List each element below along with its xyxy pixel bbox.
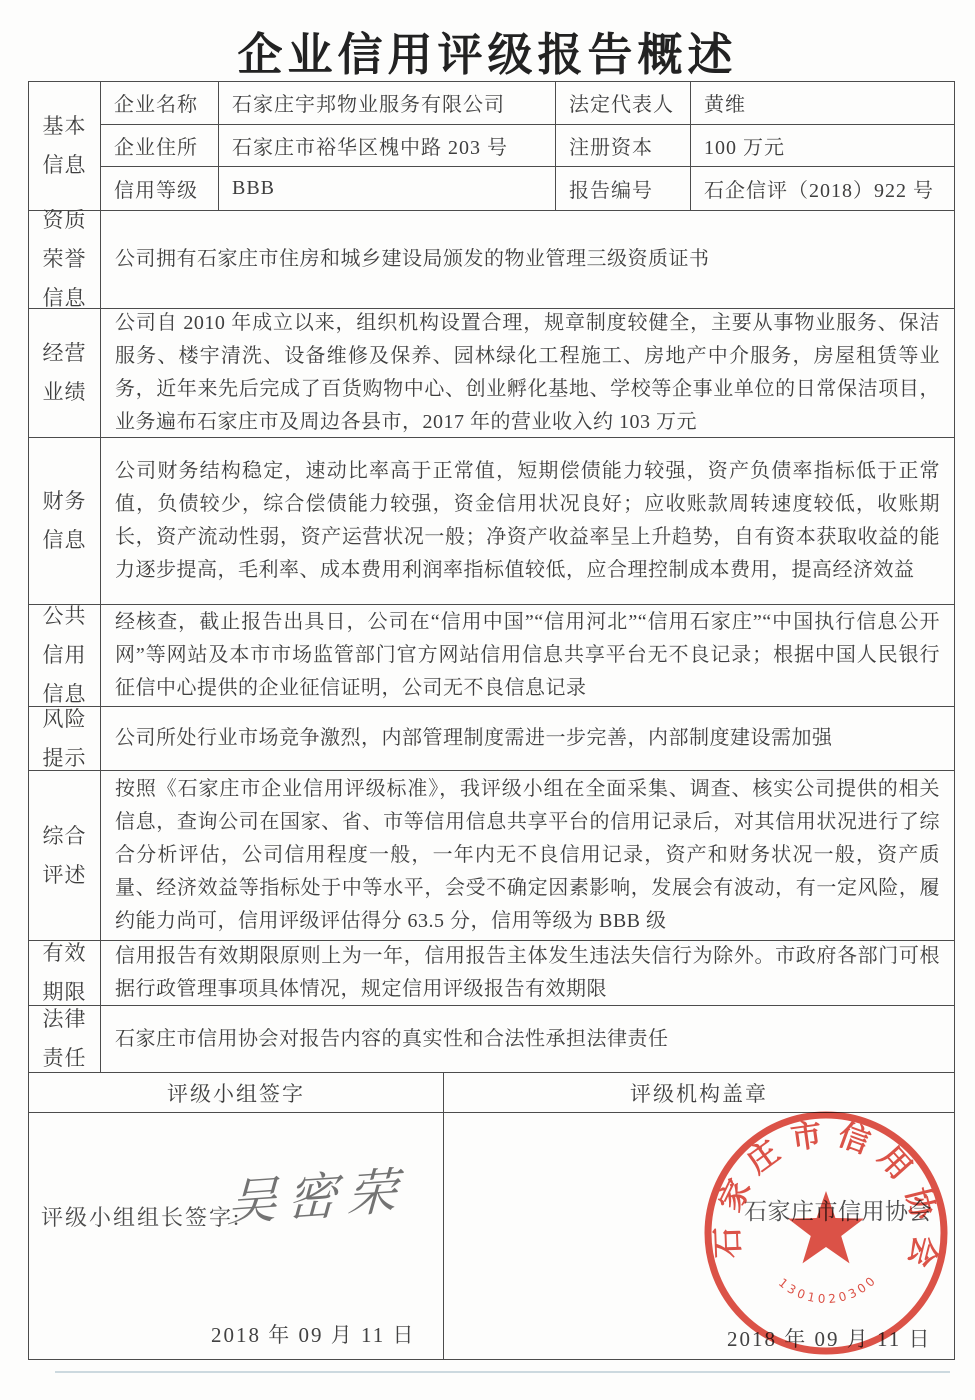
section-validity-period: 有效期限 信用报告有效期限原则上为一年，信用报告主体发生违法失信行为除外。市政府… <box>29 941 954 1006</box>
field-label-company-name: 企业名称 <box>101 82 219 124</box>
signature-label: 评级小组组长签字: <box>41 1201 241 1232</box>
field-label-address: 企业住所 <box>101 125 219 167</box>
section-comprehensive-review: 综合评述 按照《石家庄市企业信用评级标准》，我评级小组在全面采集、调查、核实公司… <box>29 771 954 941</box>
handwritten-signature: 吴密荣 <box>226 1151 408 1236</box>
field-value-registered-capital: 100 万元 <box>691 125 954 167</box>
section-content: 公司所处行业市场竞争激烈，内部管理制度需进一步完善，内部制度建设需加强 <box>115 722 833 755</box>
section-label: 财务信息 <box>29 438 101 604</box>
report-table: 基本信息 企业名称 石家庄宇邦物业服务有限公司 法定代表人 黄维 企业住所 石家… <box>28 81 955 1360</box>
section-label: 经营业绩 <box>29 309 101 437</box>
section-label-basic-info: 基本信息 <box>29 82 101 210</box>
section-label: 综合评述 <box>29 771 101 940</box>
section-label: 有效期限 <box>29 941 101 1005</box>
field-value-credit-grade: BBB <box>219 167 556 210</box>
field-label-registered-capital: 注册资本 <box>556 125 691 167</box>
basic-info-grid: 企业名称 石家庄宇邦物业服务有限公司 法定代表人 黄维 企业住所 石家庄市裕华区… <box>101 82 954 210</box>
footer-body-row: 评级小组组长签字: 吴密荣 2018 年 09 月 11 日 石家庄市信用协会 … <box>29 1113 954 1359</box>
basic-info-section: 基本信息 企业名称 石家庄宇邦物业服务有限公司 法定代表人 黄维 企业住所 石家… <box>29 82 954 211</box>
field-label-credit-grade: 信用等级 <box>101 167 219 210</box>
star-icon <box>788 1191 864 1263</box>
section-legal-liability: 法律责任 石家庄市信用协会对报告内容的真实性和合法性承担法律责任 <box>29 1006 954 1073</box>
section-risk-warning: 风险提示 公司所处行业市场竞争激烈，内部管理制度需进一步完善，内部制度建设需加强 <box>29 707 954 771</box>
section-financial-info: 财务信息 公司财务结构稳定，速动比率高于正常值，短期偿债能力较强，资产负债率指标… <box>29 438 954 605</box>
section-label: 公共信用信息 <box>29 605 101 706</box>
field-value-address: 石家庄市裕华区槐中路 203 号 <box>219 125 556 167</box>
page-title: 企业信用评级报告概述 <box>0 18 975 83</box>
section-label: 法律责任 <box>29 1006 101 1072</box>
section-business-performance: 经营业绩 公司自 2010 年成立以来，组织机构设置合理，规章制度较健全，主要从… <box>29 309 954 438</box>
field-label-report-number: 报告编号 <box>556 167 691 210</box>
table-row: 信用等级 BBB 报告编号 石企信评（2018）922 号 <box>101 167 954 210</box>
section-content: 经核查，截止报告出具日，公司在“信用中国”“信用河北”“信用石家庄”“中国执行信… <box>115 606 940 705</box>
field-value-company-name: 石家庄宇邦物业服务有限公司 <box>219 82 556 124</box>
table-row: 企业名称 石家庄宇邦物业服务有限公司 法定代表人 黄维 <box>101 82 954 125</box>
stamp-cell: 石家庄市信用协会 2018 年 09 月 11 日 石家庄市信用协会 13010… <box>444 1113 954 1359</box>
official-red-stamp: 石家庄市信用协会 1301020300430 <box>696 1103 956 1363</box>
signature-date: 2018 年 09 月 11 日 <box>211 1319 415 1349</box>
section-content: 按照《石家庄市企业信用评级标准》，我评级小组在全面采集、调查、核实公司提供的相关… <box>115 773 940 938</box>
scan-artifact-line <box>55 1371 950 1373</box>
section-qualification-honor: 资质荣誉信息 公司拥有石家庄市住房和城乡建设局颁发的物业管理三级资质证书 <box>29 211 954 309</box>
field-value-report-number: 石企信评（2018）922 号 <box>691 167 954 210</box>
field-label-legal-rep: 法定代表人 <box>556 82 691 124</box>
section-content: 石家庄市信用协会对报告内容的真实性和合法性承担法律责任 <box>115 1023 669 1056</box>
section-content: 公司拥有石家庄市住房和城乡建设局颁发的物业管理三级资质证书 <box>115 243 710 276</box>
section-label: 资质荣誉信息 <box>29 211 101 308</box>
section-content: 公司财务结构稳定，速动比率高于正常值，短期偿债能力较强，资产负债率指标低于正常值… <box>115 455 940 587</box>
signature-cell: 评级小组组长签字: 吴密荣 2018 年 09 月 11 日 <box>29 1113 444 1359</box>
table-row: 企业住所 石家庄市裕华区槐中路 203 号 注册资本 100 万元 <box>101 125 954 168</box>
footer-left-header: 评级小组签字 <box>29 1073 444 1112</box>
section-content: 信用报告有效期限原则上为一年，信用报告主体发生违法失信行为除外。市政府各部门可根… <box>115 940 940 1006</box>
field-value-legal-rep: 黄维 <box>691 82 954 124</box>
section-content: 公司自 2010 年成立以来，组织机构设置合理，规章制度较健全，主要从事物业服务… <box>115 307 940 439</box>
section-label: 风险提示 <box>29 707 101 770</box>
section-public-credit-info: 公共信用信息 经核查，截止报告出具日，公司在“信用中国”“信用河北”“信用石家庄… <box>29 605 954 707</box>
